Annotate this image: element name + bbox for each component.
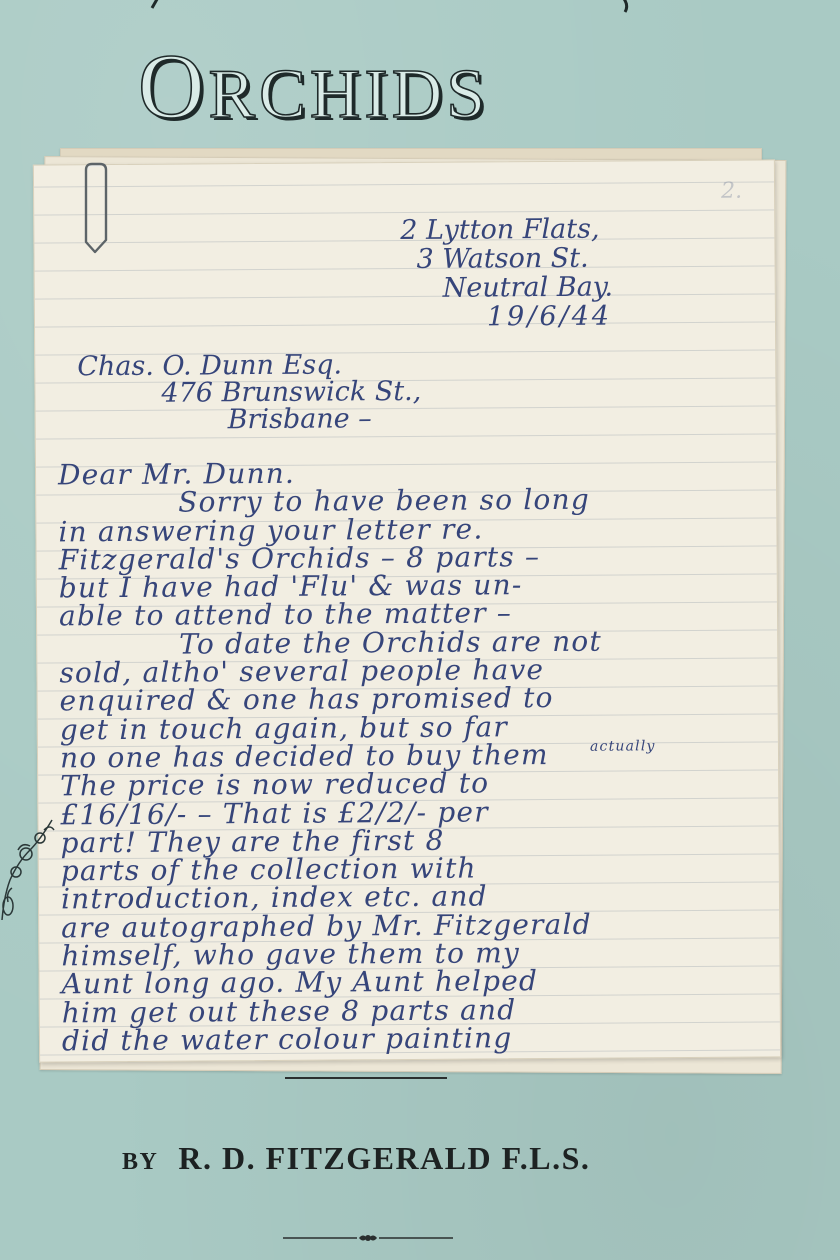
letter-body: Dear Mr. Dunn. Sorry to have been so lon…: [58, 457, 768, 1056]
letter-date: 19/6/44: [395, 302, 735, 333]
letter-page: 2. 2 Lytton Flats, 3 Watson St. Neutral …: [33, 159, 781, 1062]
floral-ornament-icon: [0, 810, 56, 930]
recipient-address: Chas. O. Dunn Esq. 476 Brunswick St., Br…: [77, 351, 421, 434]
cover-title: ORCHIDS: [138, 40, 568, 132]
faint-printed-text: [775, 395, 815, 465]
letter-stack: 2. 2 Lytton Flats, 3 Watson St. Neutral …: [36, 148, 782, 1068]
recipient-city: Brisbane –: [78, 405, 422, 434]
rule-dot-ornament-icon: [283, 1232, 453, 1244]
insertion-word: actually: [590, 732, 656, 760]
address-line-1: 2 Lytton Flats,: [394, 215, 734, 246]
sender-address: 2 Lytton Flats, 3 Watson St. Neutral Bay…: [394, 215, 735, 333]
body-line-with-insertion: actually no one has decided to buy them: [60, 739, 766, 772]
paperclip-icon: [82, 162, 108, 256]
title-flourish-icon: [60, 0, 660, 14]
divider-rule-top: [285, 1077, 447, 1079]
cover-title-initial: O: [138, 35, 208, 137]
byline-prefix: BY: [122, 1149, 158, 1175]
cover-title-rest: RCHIDS: [208, 56, 489, 133]
body-line: did the water colour painting: [62, 1022, 768, 1055]
address-line-3: Neutral Bay.: [395, 273, 735, 304]
body-line: no one has decided to buy them: [60, 738, 549, 774]
cover-byline: BYR. D. FITZGERALD F.L.S.: [122, 1140, 642, 1177]
page-number: 2.: [721, 179, 742, 204]
address-line-2: 3 Watson St.: [394, 244, 734, 275]
byline-author: R. D. FITZGERALD F.L.S.: [178, 1140, 590, 1176]
